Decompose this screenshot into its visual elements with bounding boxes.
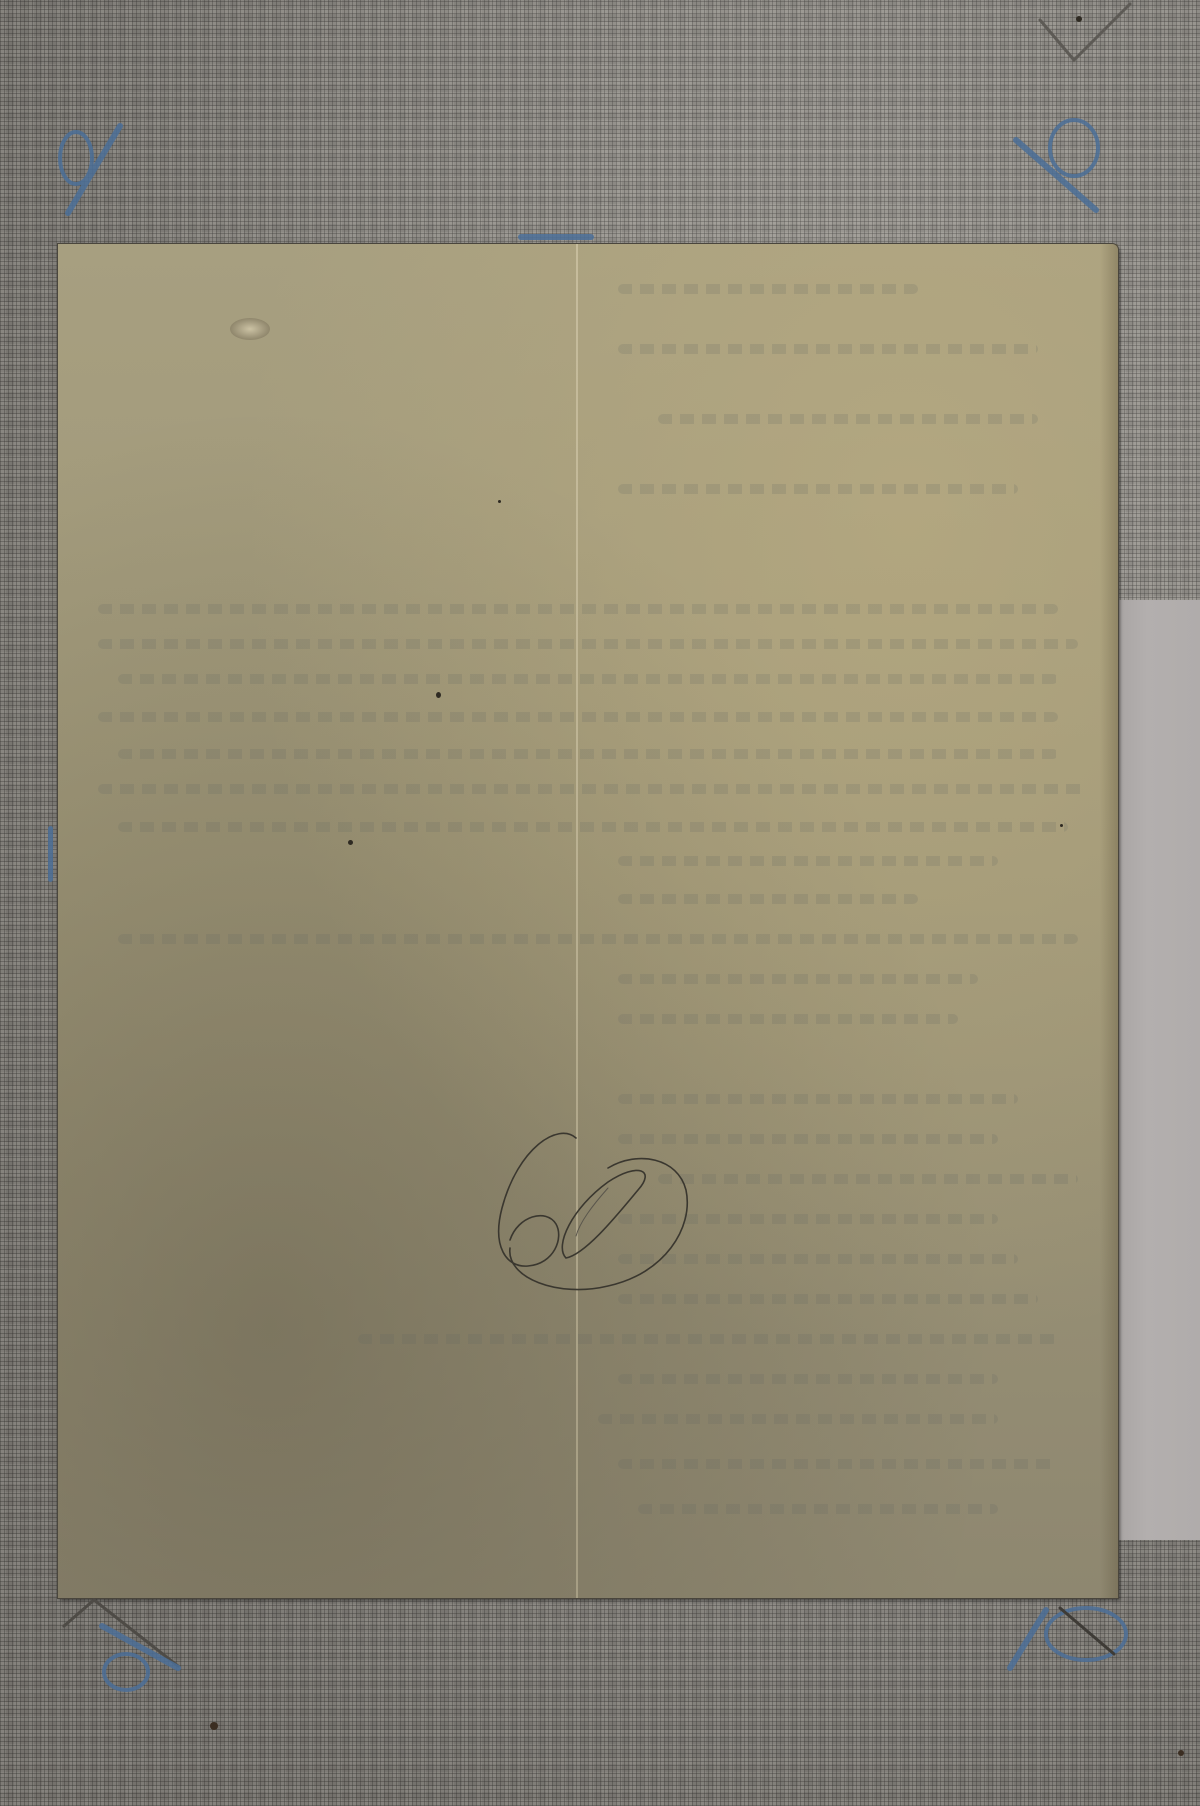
folio-number-60: 60 — [488, 1128, 698, 1298]
corner-mark-top-left — [48, 108, 128, 223]
mat-speck — [210, 1722, 218, 1730]
pencil-check-mark-icon — [1030, 0, 1140, 80]
blue-crayon-mark-icon — [60, 1596, 190, 1706]
backing-card — [1112, 600, 1200, 1540]
corner-mark-bottom-right — [1000, 1596, 1140, 1701]
corner-mark-bottom-left — [60, 1596, 190, 1711]
mat-speck — [1076, 16, 1082, 22]
corner-mark-top-right — [1010, 110, 1120, 225]
blue-crayon-mark-icon — [1000, 1596, 1140, 1696]
edge-tick-left-middle — [48, 826, 53, 882]
blue-crayon-mark-icon — [1010, 110, 1120, 220]
mat-speck — [1178, 1750, 1184, 1756]
ink-spot — [348, 840, 353, 845]
ink-spot — [498, 500, 501, 503]
ink-spot — [1060, 824, 1063, 827]
fold-line — [576, 244, 578, 1598]
ink-spot — [436, 692, 441, 698]
manuscript-leaf — [58, 244, 1118, 1598]
edge-wear — [1100, 244, 1118, 1598]
edge-tick-top-center — [518, 234, 594, 240]
circled-60-icon — [488, 1128, 698, 1298]
blue-crayon-mark-icon — [48, 108, 128, 218]
paper-crease — [230, 318, 270, 340]
